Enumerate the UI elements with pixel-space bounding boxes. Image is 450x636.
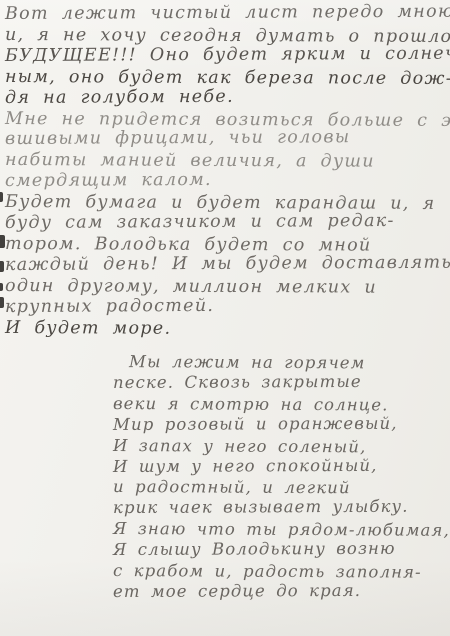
handwritten-line: каждый день! И мы будем доставлять xyxy=(5,253,450,276)
scan-edge-artifact xyxy=(0,283,3,291)
handwritten-line: крупных радостей. xyxy=(5,294,450,317)
poem-text-block: Мы лежим на горячем песке. Сквозь закрыт… xyxy=(113,352,450,603)
handwritten-line: И шум у него спокойный, xyxy=(113,455,450,477)
scan-edge-artifact xyxy=(0,297,4,308)
handwritten-line: буду сам заказчиком и сам редак- xyxy=(5,211,450,234)
handwritten-line: вшивыми фрицами, чьи головы xyxy=(5,127,450,150)
handwritten-line: ет мое сердце до края. xyxy=(113,580,450,602)
handwritten-line: БУДУЩЕЕ!!! Оно будет ярким и солнеч- xyxy=(5,43,450,66)
handwritten-line: Вот лежит чистый лист передо мною xyxy=(5,2,450,25)
main-text-block: Вот лежит чистый лист передо мною и, я н… xyxy=(5,4,450,339)
handwritten-line: Мир розовый и оранжевый, xyxy=(113,413,450,435)
handwritten-line: дя на голубом небе. xyxy=(5,85,450,108)
scan-edge-artifact xyxy=(0,261,4,272)
scan-edge-artifact xyxy=(0,235,5,248)
manuscript-page: Вот лежит чистый лист передо мною и, я н… xyxy=(0,0,450,636)
handwritten-line: И будет море. xyxy=(5,318,450,341)
handwritten-line: песке. Сквозь закрытые xyxy=(113,371,450,393)
handwritten-line: Я слышу Володькину возню xyxy=(113,539,450,561)
scan-edge-artifact xyxy=(0,192,3,202)
handwritten-line: смердящим калом. xyxy=(5,169,450,192)
handwritten-line: крик чаек вызывает улыбку. xyxy=(113,497,450,519)
